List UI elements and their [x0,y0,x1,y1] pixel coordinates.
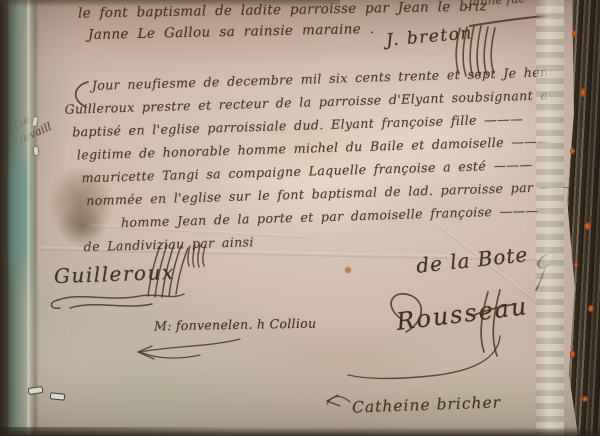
rust-speck [582,396,588,402]
rust-speck [572,30,577,37]
manuscript-photo: Couldou le font baptismal de ladite parr… [0,0,600,436]
rust-speck [570,350,575,358]
manuscript-line: homme Jean de la porte et par damoiselle… [121,203,539,230]
binding-shadow [33,0,37,436]
signature-colliou: M: fonvenelen. h Colliou [154,316,317,334]
baptism-act-body: Jour neufiesme de decembre mil six cents… [0,0,600,436]
binding-stitch [34,147,39,155]
rust-speck [570,148,575,154]
binding-highlight [27,0,30,436]
rust-speck [584,222,591,230]
page-curl-edge [536,0,564,436]
bottom-shadow-edge [0,427,600,436]
signature-guilleroux: Guilleroux [54,260,175,288]
rust-speck [588,305,594,312]
binding-staple [50,392,66,401]
manuscript-line: de Landiviziau par ainsi [83,234,254,254]
top-shadow-edge [0,0,340,7]
rust-speck [580,88,586,97]
rust-speck [574,262,578,268]
